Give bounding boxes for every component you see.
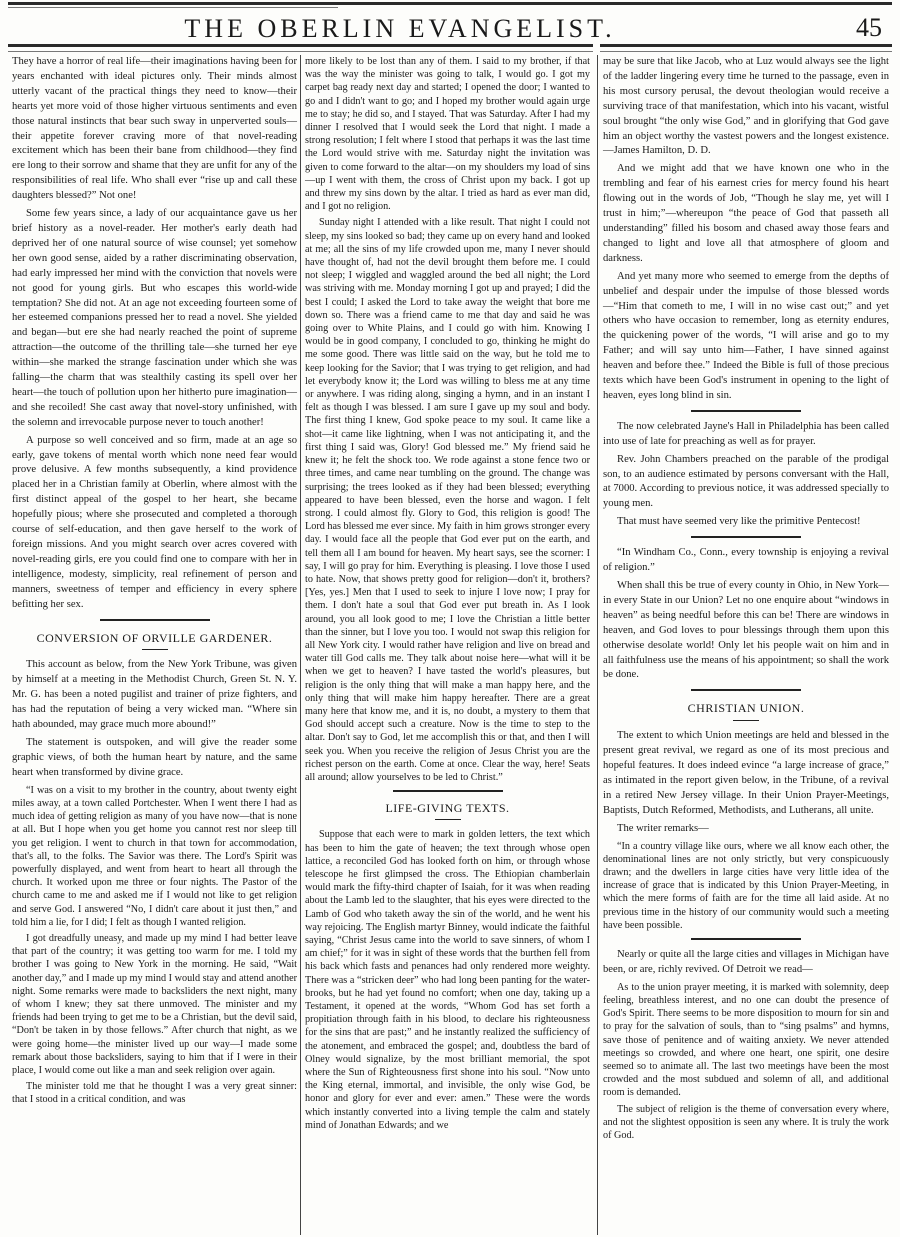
header-rule-left	[8, 44, 593, 52]
section-heading: LIFE-GIVING TEXTS.	[305, 802, 590, 815]
newspaper-title: THE OBERLIN EVANGELIST.	[0, 14, 800, 44]
section-separator	[100, 619, 210, 621]
quote-paragraph: I got dreadfully uneasy, and made up my …	[12, 932, 297, 1077]
section-separator	[691, 938, 801, 940]
paragraph: A purpose so well conceived and so firm,…	[12, 434, 297, 613]
paragraph: Suppose that each were to mark in golden…	[305, 828, 590, 1132]
section-separator	[393, 790, 503, 792]
paragraph: “In Windham Co., Conn., every township i…	[603, 546, 889, 576]
heading-underline	[435, 819, 461, 820]
paragraph: The now celebrated Jayne's Hall in Phila…	[603, 420, 889, 450]
section-separator	[691, 410, 801, 412]
paragraph: more likely to be lost than any of them.…	[305, 55, 590, 213]
section-separator	[691, 689, 801, 691]
column-3: may be sure that like Jacob, who at Luz …	[603, 55, 889, 1145]
paragraph: They have a horror of real life—their im…	[12, 55, 297, 204]
quote-paragraph: The subject of religion is the theme of …	[603, 1103, 889, 1143]
paragraph: may be sure that like Jacob, who at Luz …	[603, 55, 889, 159]
quote-paragraph: The minister told me that he thought I w…	[12, 1080, 297, 1106]
heading-underline	[733, 720, 759, 721]
paragraph: And yet many more who seemed to emerge f…	[603, 270, 889, 404]
paragraph: The statement is outspoken, and will giv…	[12, 736, 297, 781]
quote-paragraph: “I was on a visit to my brother in the c…	[12, 784, 297, 929]
section-heading: CONVERSION OF ORVILLE GARDENER.	[12, 631, 297, 646]
section-heading: CHRISTIAN UNION.	[603, 701, 889, 716]
column-divider	[597, 55, 598, 1235]
paragraph: Rev. John Chambers preached on the parab…	[603, 453, 889, 513]
quote-paragraph: “In a country village like ours, where w…	[603, 840, 889, 932]
section-separator	[691, 536, 801, 538]
paragraph: And we might add that we have known one …	[603, 162, 889, 266]
paragraph: This account as below, from the New York…	[12, 658, 297, 733]
heading-underline	[142, 649, 168, 650]
column-1: They have a horror of real life—their im…	[12, 55, 297, 1110]
header-rule-right	[600, 44, 892, 52]
paragraph: Nearly or quite all the large cities and…	[603, 948, 889, 978]
paragraph: The writer remarks—	[603, 822, 889, 837]
column-divider	[300, 55, 301, 1235]
paragraph: Sunday night I attended with a like resu…	[305, 216, 590, 784]
paragraph: The extent to which Union meetings are h…	[603, 729, 889, 818]
paragraph: When shall this be true of every county …	[603, 579, 889, 683]
paragraph: Some few years since, a lady of our acqu…	[12, 207, 297, 431]
top-rule-thin	[8, 7, 338, 8]
column-2: more likely to be lost than any of them.…	[305, 55, 590, 1135]
quote-paragraph: As to the union prayer meeting, it is ma…	[603, 981, 889, 1100]
paragraph: That must have seemed very like the prim…	[603, 515, 889, 530]
masthead: THE OBERLIN EVANGELIST. 45	[0, 0, 900, 44]
page-number: 45	[856, 13, 882, 43]
top-rule	[8, 2, 892, 5]
